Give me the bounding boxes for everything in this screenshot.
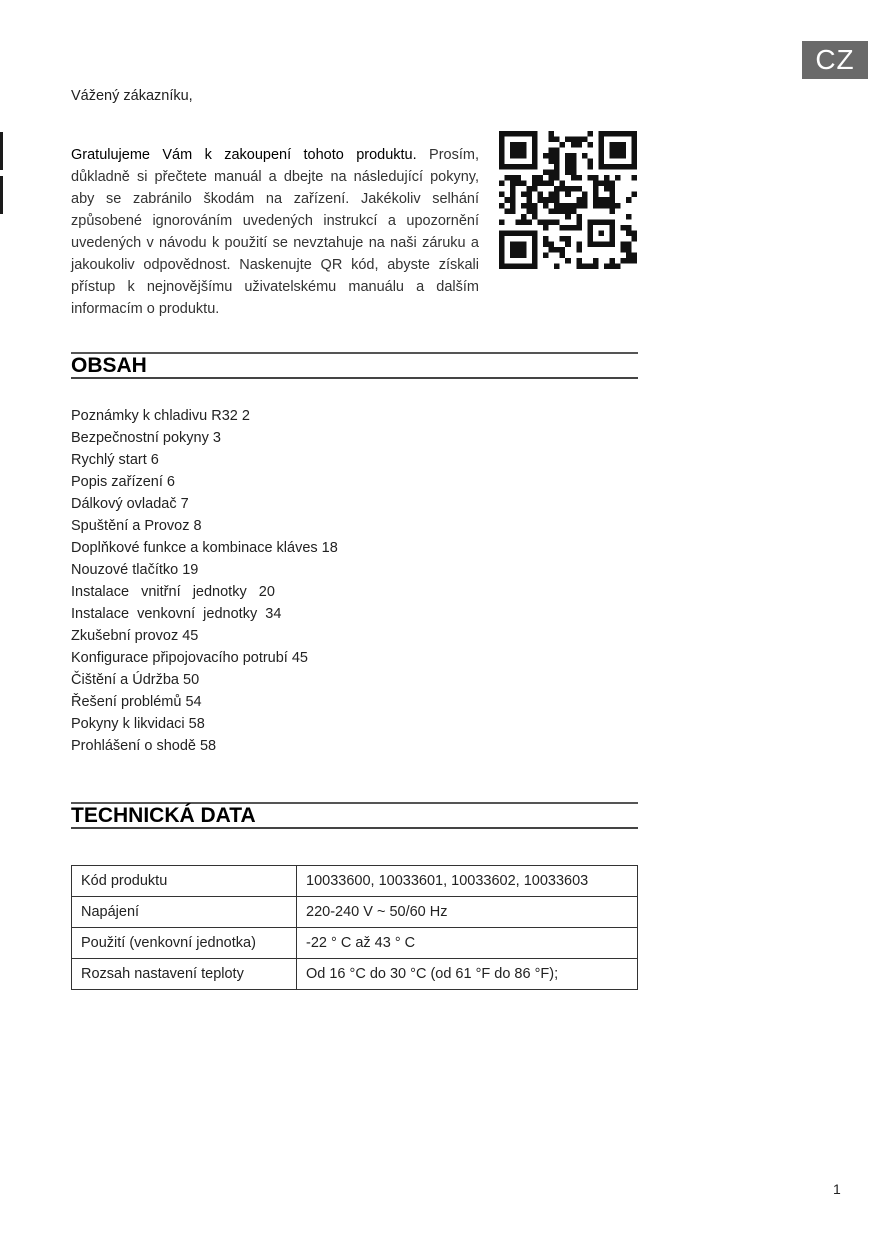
toc-item[interactable]: Pokyny k likvidaci 58 [71,713,338,735]
table-of-contents: Poznámky k chladivu R32 2Bezpečnostní po… [71,405,338,757]
qr-code-icon[interactable] [499,131,637,269]
toc-item[interactable]: Nouzové tlačítko 19 [71,559,338,581]
toc-item[interactable]: Instalace venkovní jednotky 34 [71,603,338,625]
spec-label: Rozsah nastavení teploty [72,959,297,990]
technical-data-heading: TECHNICKÁ DATA [71,802,638,829]
toc-item[interactable]: Instalace vnitřní jednotky 20 [71,581,338,603]
toc-item[interactable]: Prohlášení o shodě 58 [71,735,338,757]
intro-lead: Gratulujeme Vám k zakoupení tohoto produ… [71,147,417,163]
spec-label: Napájení [72,897,297,928]
toc-item[interactable]: Řešení problémů 54 [71,691,338,713]
edge-marker [0,176,3,214]
intro-body: Prosím, důkladně si přečtete manuál a db… [71,147,479,317]
technical-data-table: Kód produktu10033600, 10033601, 10033602… [71,865,638,990]
toc-item[interactable]: Poznámky k chladivu R32 2 [71,405,338,427]
table-row: Napájení220-240 V ~ 50/60 Hz [72,897,638,928]
toc-item[interactable]: Rychlý start 6 [71,449,338,471]
toc-item[interactable]: Doplňkové funkce a kombinace kláves 18 [71,537,338,559]
contents-title: OBSAH [71,354,638,377]
contents-heading: OBSAH [71,352,638,379]
toc-item[interactable]: Konfigurace připojovacího potrubí 45 [71,647,338,669]
page-number: 1 [833,1181,841,1197]
toc-item[interactable]: Popis zařízení 6 [71,471,338,493]
table-row: Rozsah nastavení teplotyOd 16 °C do 30 °… [72,959,638,990]
spec-value: Od 16 °C do 30 °C (od 61 °F do 86 °F); [297,959,638,990]
spec-value: 220-240 V ~ 50/60 Hz [297,897,638,928]
language-badge: CZ [802,41,868,79]
table-row: Použití (venkovní jednotka)-22 ° C až 43… [72,928,638,959]
toc-item[interactable]: Zkušební provoz 45 [71,625,338,647]
toc-item[interactable]: Čištění a Údržba 50 [71,669,338,691]
greeting: Vážený zákazníku, [71,88,193,104]
toc-item[interactable]: Spuštění a Provoz 8 [71,515,338,537]
edge-marker [0,132,3,170]
spec-value: -22 ° C až 43 ° C [297,928,638,959]
table-row: Kód produktu10033600, 10033601, 10033602… [72,866,638,897]
spec-label: Kód produktu [72,866,297,897]
technical-data-title: TECHNICKÁ DATA [71,804,638,827]
intro-paragraph: Gratulujeme Vám k zakoupení tohoto produ… [71,144,479,320]
toc-item[interactable]: Dálkový ovladač 7 [71,493,338,515]
spec-label: Použití (venkovní jednotka) [72,928,297,959]
toc-item[interactable]: Bezpečnostní pokyny 3 [71,427,338,449]
spec-value: 10033600, 10033601, 10033602, 10033603 [297,866,638,897]
